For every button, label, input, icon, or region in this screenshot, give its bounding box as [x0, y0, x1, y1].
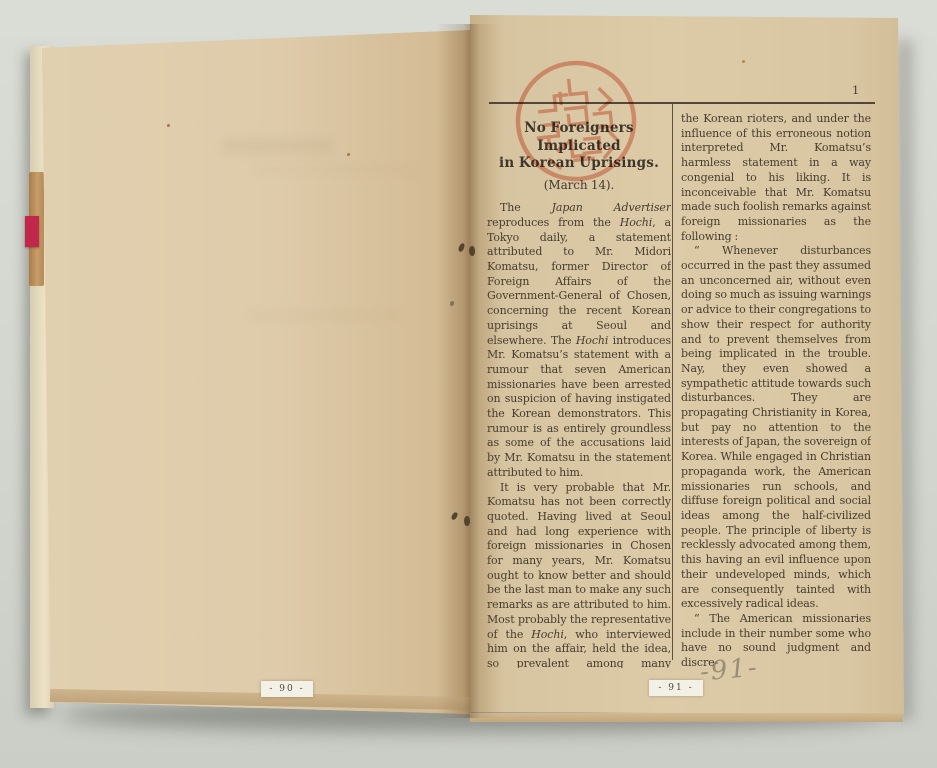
text-run: , a Tokyo daily, a statement attributed …: [487, 216, 671, 347]
column-divider-rule: [672, 104, 673, 660]
pagination-label: - 91 -: [658, 683, 693, 693]
pagination-sticker-91: - 91 -: [649, 680, 703, 696]
article-title-line2: in Korean Uprisings.: [487, 155, 671, 173]
photograph-open-book: 1 No Foreigners Implicated in Korean Upr…: [0, 0, 937, 768]
text-run: The: [500, 201, 552, 214]
pagination-label: - 90 -: [269, 684, 304, 694]
left-page-blank: [42, 30, 471, 714]
pagination-sticker-90: - 90 -: [261, 681, 313, 697]
page-stack-edge: [470, 713, 903, 722]
italic-term: Japan Advertiser: [552, 201, 671, 214]
italic-term: Hochi: [576, 334, 608, 347]
red-bookmark-tab: [25, 216, 39, 247]
paragraph-quote: “ Whenever disturbances occurred in the …: [681, 244, 871, 612]
handwritten-page-number: -91-: [699, 653, 760, 688]
paragraph: It is very probable that Mr. Komatsu has…: [487, 481, 671, 668]
text-run: introduces Mr. Komatsu’s statement with …: [487, 334, 671, 479]
text-run: reproduces from the: [487, 216, 620, 229]
paragraph: The Japan Advertiser reproduces from the…: [487, 201, 671, 480]
article-column-left: No Foreigners Implicated in Korean Upris…: [487, 120, 671, 668]
header-rule: [489, 102, 875, 104]
article-title-line1: No Foreigners Implicated: [487, 120, 671, 155]
article-dateline: (March 14).: [487, 178, 671, 193]
printed-page-number: 1: [852, 83, 859, 97]
article-column-right: the Korean rioters, and under the influe…: [681, 112, 871, 668]
italic-term: Hochi: [620, 216, 652, 229]
text-run: It is very probable that Mr. Komatsu has…: [487, 481, 671, 641]
paragraph: the Korean rioters, and under the influe…: [681, 112, 871, 244]
italic-term: Hochi: [531, 628, 563, 641]
